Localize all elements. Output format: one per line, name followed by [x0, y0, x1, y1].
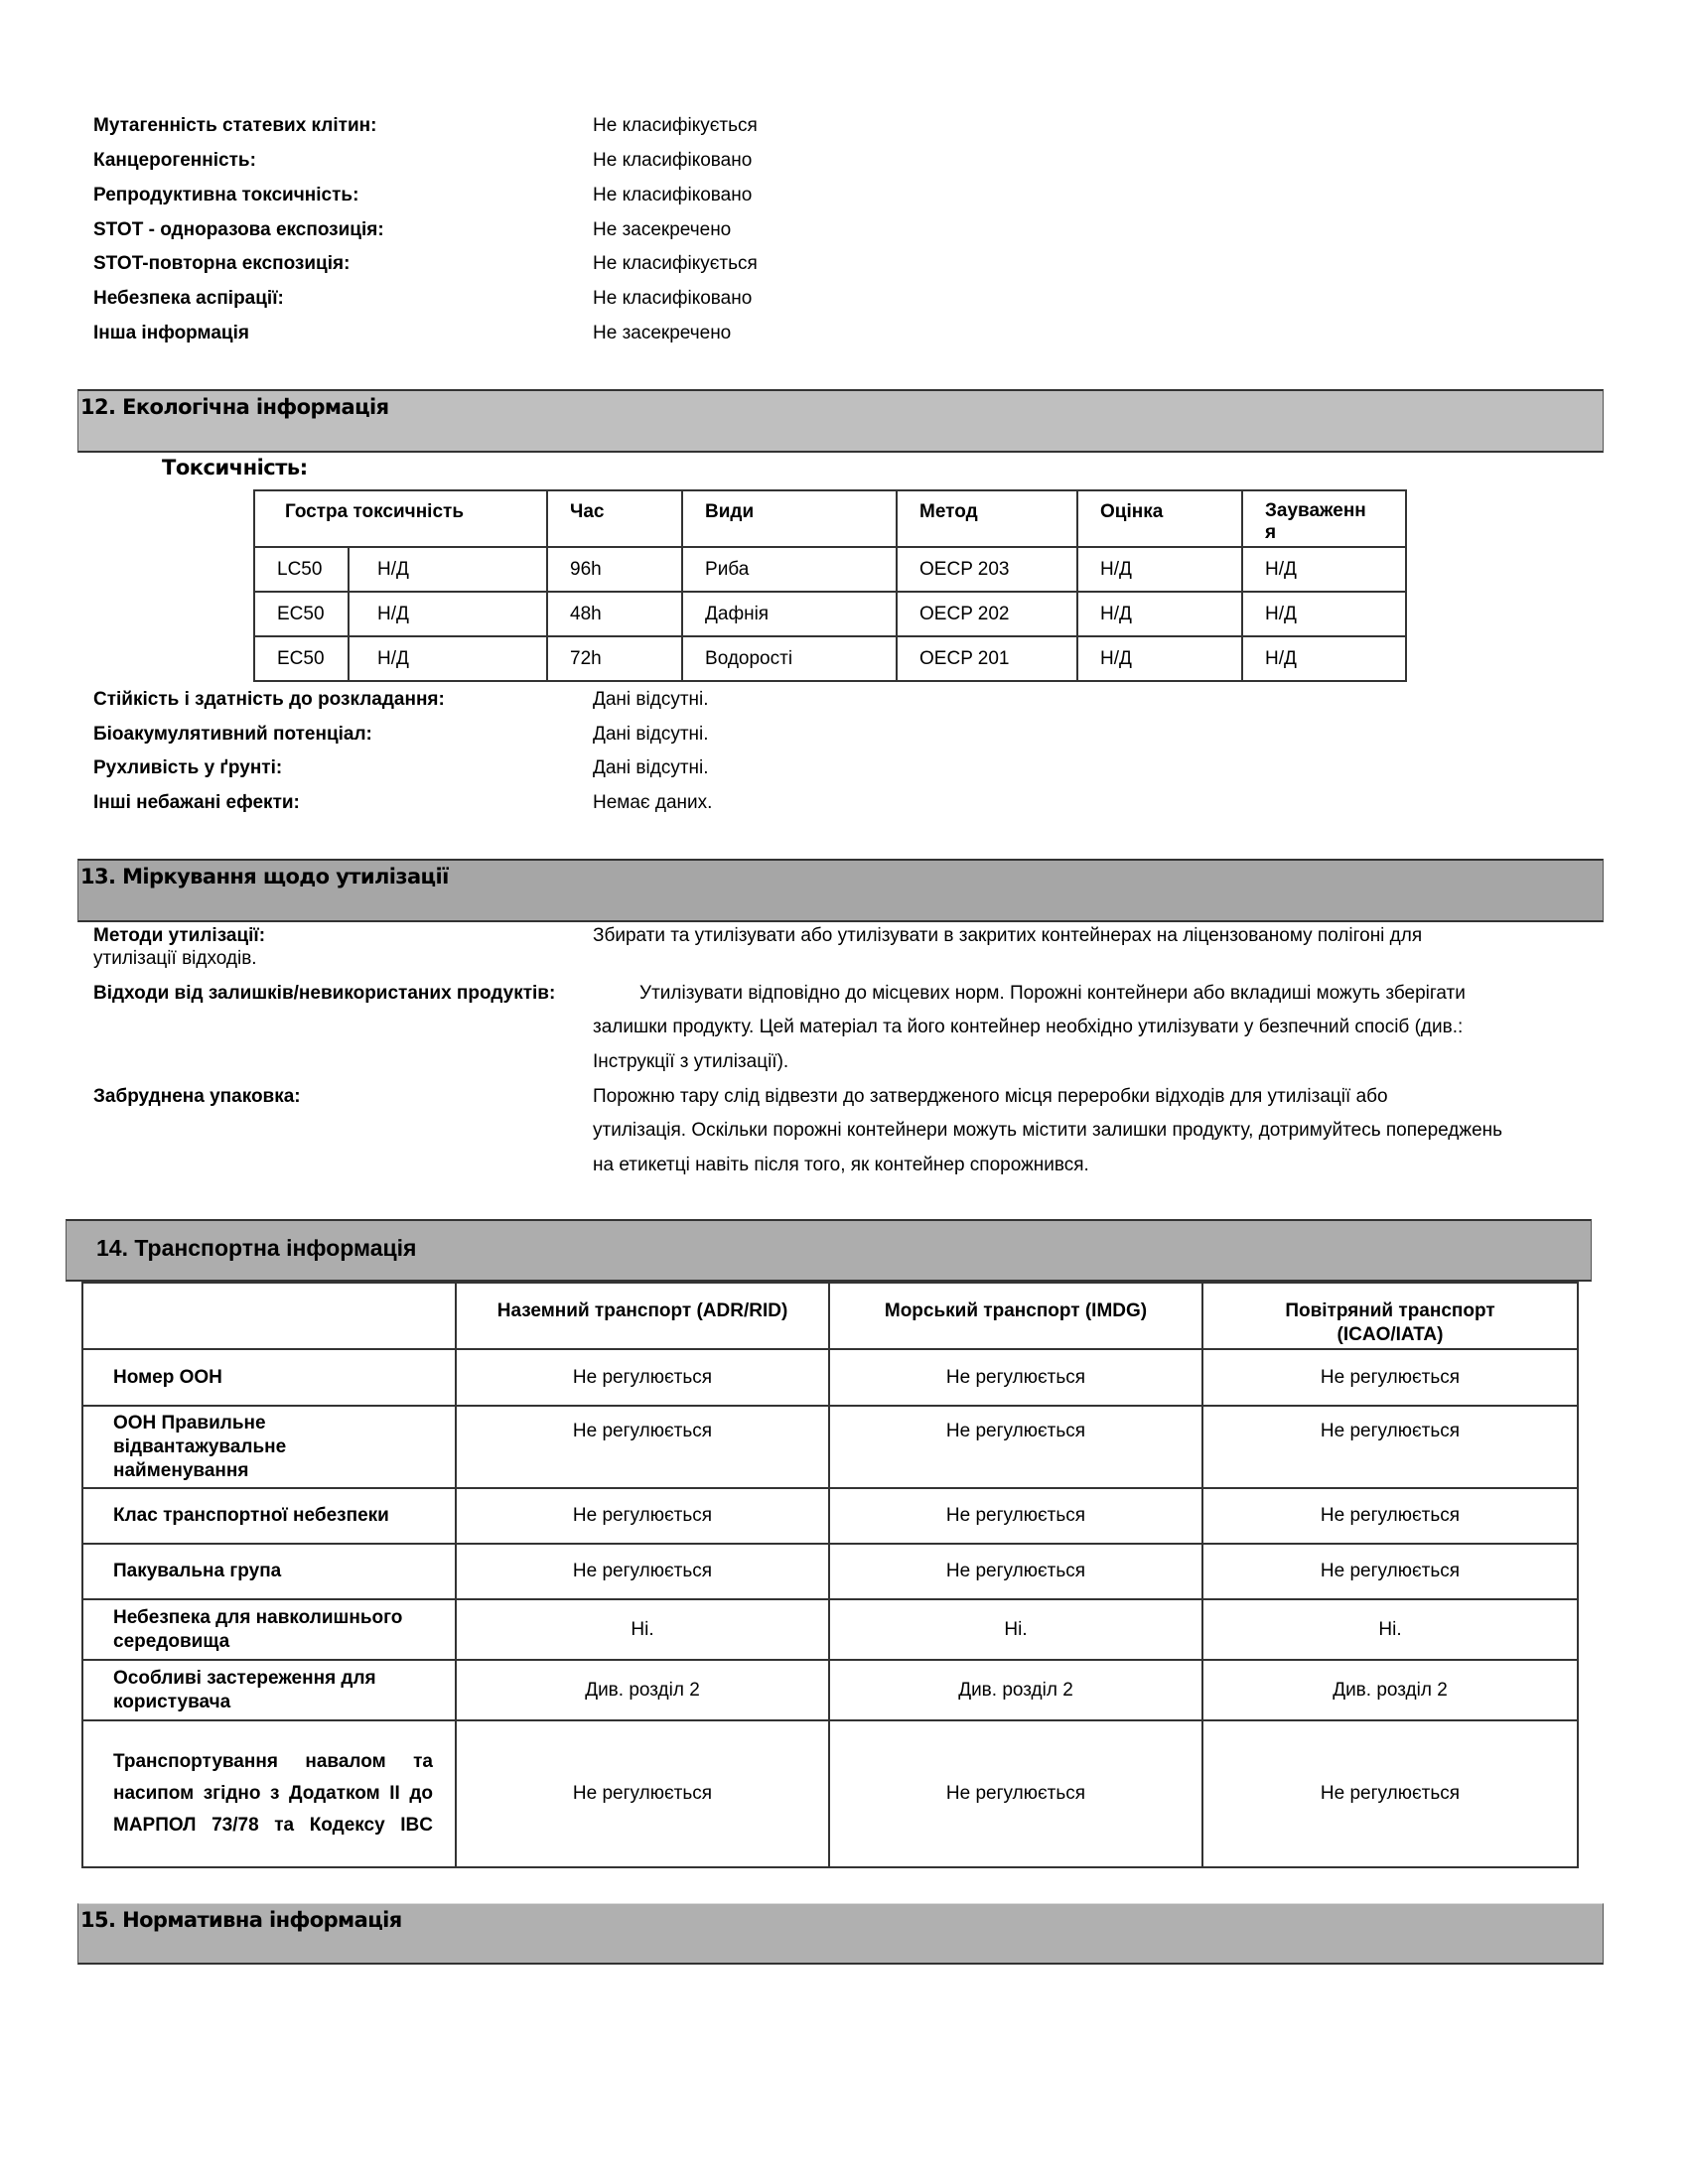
field-value: Не засекречено — [593, 323, 731, 344]
table-cell: Не регулюється — [456, 1488, 829, 1544]
field-value: Не засекречено — [593, 219, 731, 241]
table-cell: Не регулюється — [829, 1488, 1202, 1544]
field-value: Немає даних. — [593, 792, 712, 814]
table-cell: Не регулюється — [456, 1544, 829, 1599]
section-title: 14. Транспортна інформація — [96, 1235, 416, 1262]
toxicity-label: Токсичність: — [162, 456, 308, 479]
table-cell: Див. розділ 2 — [1202, 1660, 1578, 1720]
row-label: Небезпека для навколишнього середовища — [82, 1599, 456, 1660]
table-row: EC50 Н/Д 48h Дафнія OECP 202 Н/Д Н/Д — [254, 592, 1406, 636]
section-title: 12. Екологічна інформація — [80, 395, 389, 419]
field-value: Не класифіковано — [593, 288, 752, 310]
row-label: Номер ООН — [82, 1349, 456, 1406]
table-cell: Не регулюється — [829, 1720, 1202, 1867]
table-cell: Н/Д — [1242, 547, 1406, 592]
table-cell: Див. розділ 2 — [829, 1660, 1202, 1720]
field-label: STOT-повторна експозиція: — [93, 253, 350, 275]
table-row: Транспортування навалом та насипом згідн… — [82, 1720, 1578, 1867]
table-cell: EC50 — [254, 592, 349, 636]
table-cell: Ні. — [456, 1599, 829, 1660]
table-cell: Не регулюється — [1202, 1488, 1578, 1544]
table-cell: Н/Д — [1242, 592, 1406, 636]
column-header: Види — [682, 490, 897, 547]
table-cell: OECP 201 — [897, 636, 1077, 681]
column-header — [82, 1283, 456, 1349]
toxicity-table: Гостра токсичність Час Види Метод Оцінка… — [253, 489, 1407, 682]
table-cell: LC50 — [254, 547, 349, 592]
table-row: LC50 Н/Д 96h Риба OECP 203 Н/Д Н/Д — [254, 547, 1406, 592]
table-cell: Водорості — [682, 636, 897, 681]
column-header: Повітряний транспорт (ICAO/IATA) — [1202, 1283, 1578, 1349]
field-label: Небезпека аспірації: — [93, 288, 284, 310]
table-cell: Не регулюється — [1202, 1720, 1578, 1867]
column-header: Зауваженн я — [1242, 490, 1406, 547]
table-cell: 72h — [547, 636, 682, 681]
field-label: STOT - одноразова експозиція: — [93, 219, 384, 241]
field-label: Репродуктивна токсичність: — [93, 185, 358, 206]
field-label: Інші небажані ефекти: — [93, 792, 300, 814]
field-value: Дані відсутні. — [593, 757, 709, 779]
column-header: Гостра токсичність — [254, 490, 547, 547]
field-label: Біоакумулятивний потенціал: — [93, 724, 372, 746]
table-cell: Не регулюється — [456, 1406, 829, 1488]
field-value-continued: залишки продукту. Цей матеріал та його к… — [593, 1017, 1463, 1038]
section-15-header: 15. Нормативна інформація — [77, 1903, 1604, 1965]
section-14-header: 14. Транспортна інформація — [66, 1219, 1592, 1282]
table-cell: Н/Д — [1077, 636, 1242, 681]
row-label: Пакувальна група — [82, 1544, 456, 1599]
row-label: Особливі застереження для користувача — [82, 1660, 456, 1720]
table-cell: 96h — [547, 547, 682, 592]
table-cell: EC50 — [254, 636, 349, 681]
table-row: Особливі застереження для користувача Ди… — [82, 1660, 1578, 1720]
table-cell: OECP 203 — [897, 547, 1077, 592]
field-value: Утилізувати відповідно до місцевих норм.… — [639, 983, 1466, 1005]
table-cell: 48h — [547, 592, 682, 636]
column-header: Морський транспорт (IMDG) — [829, 1283, 1202, 1349]
table-cell: Н/Д — [349, 547, 547, 592]
field-label: Відходи від залишків/невикористаних прод… — [93, 983, 555, 1005]
row-label: Клас транспортної небезпеки — [82, 1488, 456, 1544]
table-row: EC50 Н/Д 72h Водорості OECP 201 Н/Д Н/Д — [254, 636, 1406, 681]
table-cell: Ні. — [829, 1599, 1202, 1660]
section-title: 13. Міркування щодо утилізації — [80, 865, 449, 888]
field-label: Стійкість і здатність до розкладання: — [93, 689, 445, 711]
section-13-header: 13. Міркування щодо утилізації — [77, 859, 1604, 922]
table-header-row: Гостра токсичність Час Види Метод Оцінка… — [254, 490, 1406, 547]
table-cell: Не регулюється — [1202, 1349, 1578, 1406]
field-value: Порожню тару слід відвезти до затверджен… — [593, 1086, 1388, 1108]
table-cell: Н/Д — [349, 636, 547, 681]
field-value-continued: утилізація. Оскільки порожні контейнери … — [593, 1120, 1502, 1142]
column-header: Оцінка — [1077, 490, 1242, 547]
field-label: Забруднена упаковка: — [93, 1086, 301, 1108]
column-header: Метод — [897, 490, 1077, 547]
table-cell: OECP 202 — [897, 592, 1077, 636]
table-cell: Не регулюється — [456, 1720, 829, 1867]
table-header-row: Наземний транспорт (ADR/RID) Морський тр… — [82, 1283, 1578, 1349]
table-row: Пакувальна група Не регулюється Не регул… — [82, 1544, 1578, 1599]
table-cell: Н/Д — [1077, 592, 1242, 636]
field-label: Методи утилізації: — [93, 925, 265, 947]
table-cell: Н/Д — [1077, 547, 1242, 592]
table-cell: Не регулюється — [456, 1349, 829, 1406]
field-value: Дані відсутні. — [593, 724, 709, 746]
row-label: Транспортування навалом та насипом згідн… — [82, 1720, 456, 1867]
field-value-continued: утилізації відходів. — [93, 948, 257, 970]
table-row: Клас транспортної небезпеки Не регулюєть… — [82, 1488, 1578, 1544]
table-row: ООН Правильне відвантажувальне найменува… — [82, 1406, 1578, 1488]
field-label: Інша інформація — [93, 323, 249, 344]
field-label: Рухливість у ґрунті: — [93, 757, 282, 779]
field-value: Збирати та утилізувати або утилізувати в… — [593, 925, 1422, 947]
field-value-continued: на етикетці навіть після того, як контей… — [593, 1155, 1089, 1176]
table-cell: Дафнія — [682, 592, 897, 636]
table-cell: Не регулюється — [1202, 1544, 1578, 1599]
field-label: Канцерогенність: — [93, 150, 256, 172]
table-cell: Н/Д — [349, 592, 547, 636]
section-title: 15. Нормативна інформація — [80, 1908, 402, 1932]
section-12-header: 12. Екологічна інформація — [77, 389, 1604, 453]
field-value: Не класифіковано — [593, 185, 752, 206]
table-cell: Не регулюється — [1202, 1406, 1578, 1488]
table-cell: Ні. — [1202, 1599, 1578, 1660]
table-cell: Не регулюється — [829, 1406, 1202, 1488]
field-value-continued: Інструкції з утилізації). — [593, 1051, 788, 1073]
transport-table: Наземний транспорт (ADR/RID) Морський тр… — [81, 1282, 1579, 1868]
field-value: Не класифікується — [593, 253, 758, 275]
row-label: ООН Правильне відвантажувальне найменува… — [82, 1406, 456, 1488]
field-label: Мутагенність статевих клітин: — [93, 115, 376, 137]
table-cell: Н/Д — [1242, 636, 1406, 681]
table-cell: Риба — [682, 547, 897, 592]
field-value: Не класифіковано — [593, 150, 752, 172]
column-header: Час — [547, 490, 682, 547]
table-cell: Див. розділ 2 — [456, 1660, 829, 1720]
field-value: Дані відсутні. — [593, 689, 709, 711]
table-cell: Не регулюється — [829, 1349, 1202, 1406]
column-header: Наземний транспорт (ADR/RID) — [456, 1283, 829, 1349]
table-row: Номер ООН Не регулюється Не регулюється … — [82, 1349, 1578, 1406]
table-cell: Не регулюється — [829, 1544, 1202, 1599]
table-row: Небезпека для навколишнього середовища Н… — [82, 1599, 1578, 1660]
field-value: Не класифікується — [593, 115, 758, 137]
